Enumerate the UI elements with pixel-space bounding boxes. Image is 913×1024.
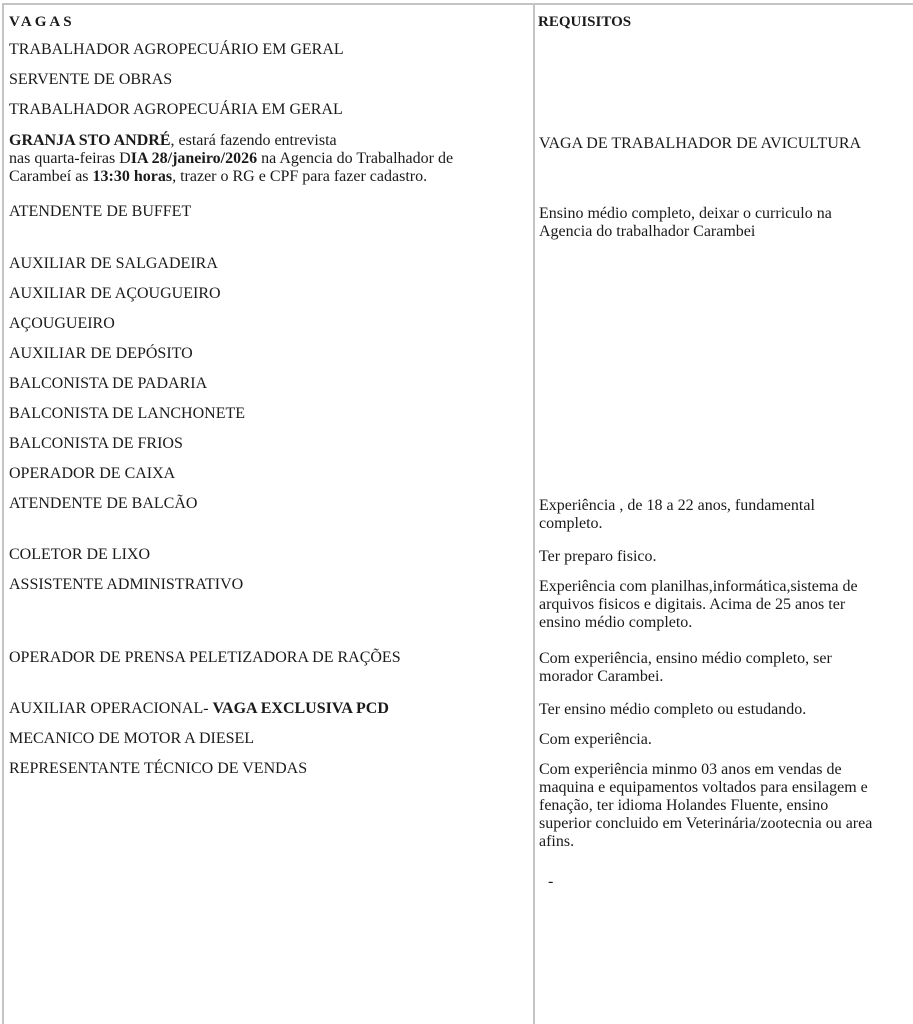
vaga-title: SERVENTE DE OBRAS (9, 71, 172, 89)
column-divider (533, 5, 535, 1024)
requisito: Experiência , de 18 a 22 anos, fundament… (539, 497, 815, 533)
requisito: Ter preparo fisico. (539, 548, 657, 566)
requisito: Ter ensino médio completo ou estudando. (539, 701, 806, 719)
vaga-title: REPRESENTANTE TÉCNICO DE VENDAS (9, 760, 307, 778)
requisito: Com experiência, ensino médio completo, … (539, 650, 832, 686)
granja-notice: GRANJA STO ANDRÉ, estará fazendo entrevi… (9, 132, 453, 186)
pcd-exclusive-badge: VAGA EXCLUSIVA PCD (213, 700, 389, 717)
vaga-title: AUXILIAR DE DEPÓSITO (9, 345, 193, 363)
vaga-title: OPERADOR DE PRENSA PELETIZADORA DE RAÇÕE… (9, 649, 401, 667)
vaga-title: BALCONISTA DE FRIOS (9, 435, 183, 453)
trailing-dash: - (548, 873, 553, 891)
job-listing-table: VAGAS REQUISITOS TRABALHADOR AGROPECUÁRI… (2, 3, 913, 1024)
vaga-title: BALCONISTA DE PADARIA (9, 375, 207, 393)
vaga-title-pcd: AUXILIAR OPERACIONAL- VAGA EXCLUSIVA PCD (9, 700, 389, 718)
granja-name: GRANJA STO ANDRÉ (9, 132, 171, 149)
granja-notice-line1: GRANJA STO ANDRÉ, estará fazendo entrevi… (9, 132, 453, 150)
granja-notice-line3: Carambeí as 13:30 horas, trazer o RG e C… (9, 168, 453, 186)
vaga-title: COLETOR DE LIXO (9, 546, 150, 564)
requisito: Ensino médio completo, deixar o curricul… (539, 205, 832, 241)
vaga-title: BALCONISTA DE LANCHONETE (9, 405, 245, 423)
interview-date: IA 28/janeiro/2026 (131, 150, 257, 167)
interview-time: 13:30 horas (93, 168, 173, 185)
vaga-title: TRABALHADOR AGROPECUÁRIO EM GERAL (9, 41, 344, 59)
vaga-title: AUXILIAR DE AÇOUGUEIRO (9, 285, 221, 303)
header-vagas: VAGAS (9, 13, 75, 31)
vaga-title: MECANICO DE MOTOR A DIESEL (9, 730, 254, 748)
requisito: VAGA DE TRABALHADOR DE AVICULTURA (539, 135, 861, 153)
vaga-title: OPERADOR DE CAIXA (9, 465, 175, 483)
requisito: Com experiência minmo 03 anos em vendas … (539, 761, 872, 851)
granja-notice-line2: nas quarta-feiras DIA 28/janeiro/2026 na… (9, 150, 453, 168)
vaga-title: ATENDENTE DE BALCÃO (9, 495, 197, 513)
vaga-title: ATENDENTE DE BUFFET (9, 203, 191, 221)
requisito: Experiência com planilhas,informática,si… (539, 578, 858, 632)
header-requisitos: REQUISITOS (538, 13, 631, 31)
vaga-title: AÇOUGUEIRO (9, 315, 115, 333)
vaga-title: TRABALHADOR AGROPECUÁRIA EM GERAL (9, 101, 343, 119)
vaga-title: AUXILIAR DE SALGADEIRA (9, 255, 218, 273)
vaga-title: ASSISTENTE ADMINISTRATIVO (9, 576, 243, 594)
requisito: Com experiência. (539, 731, 652, 749)
